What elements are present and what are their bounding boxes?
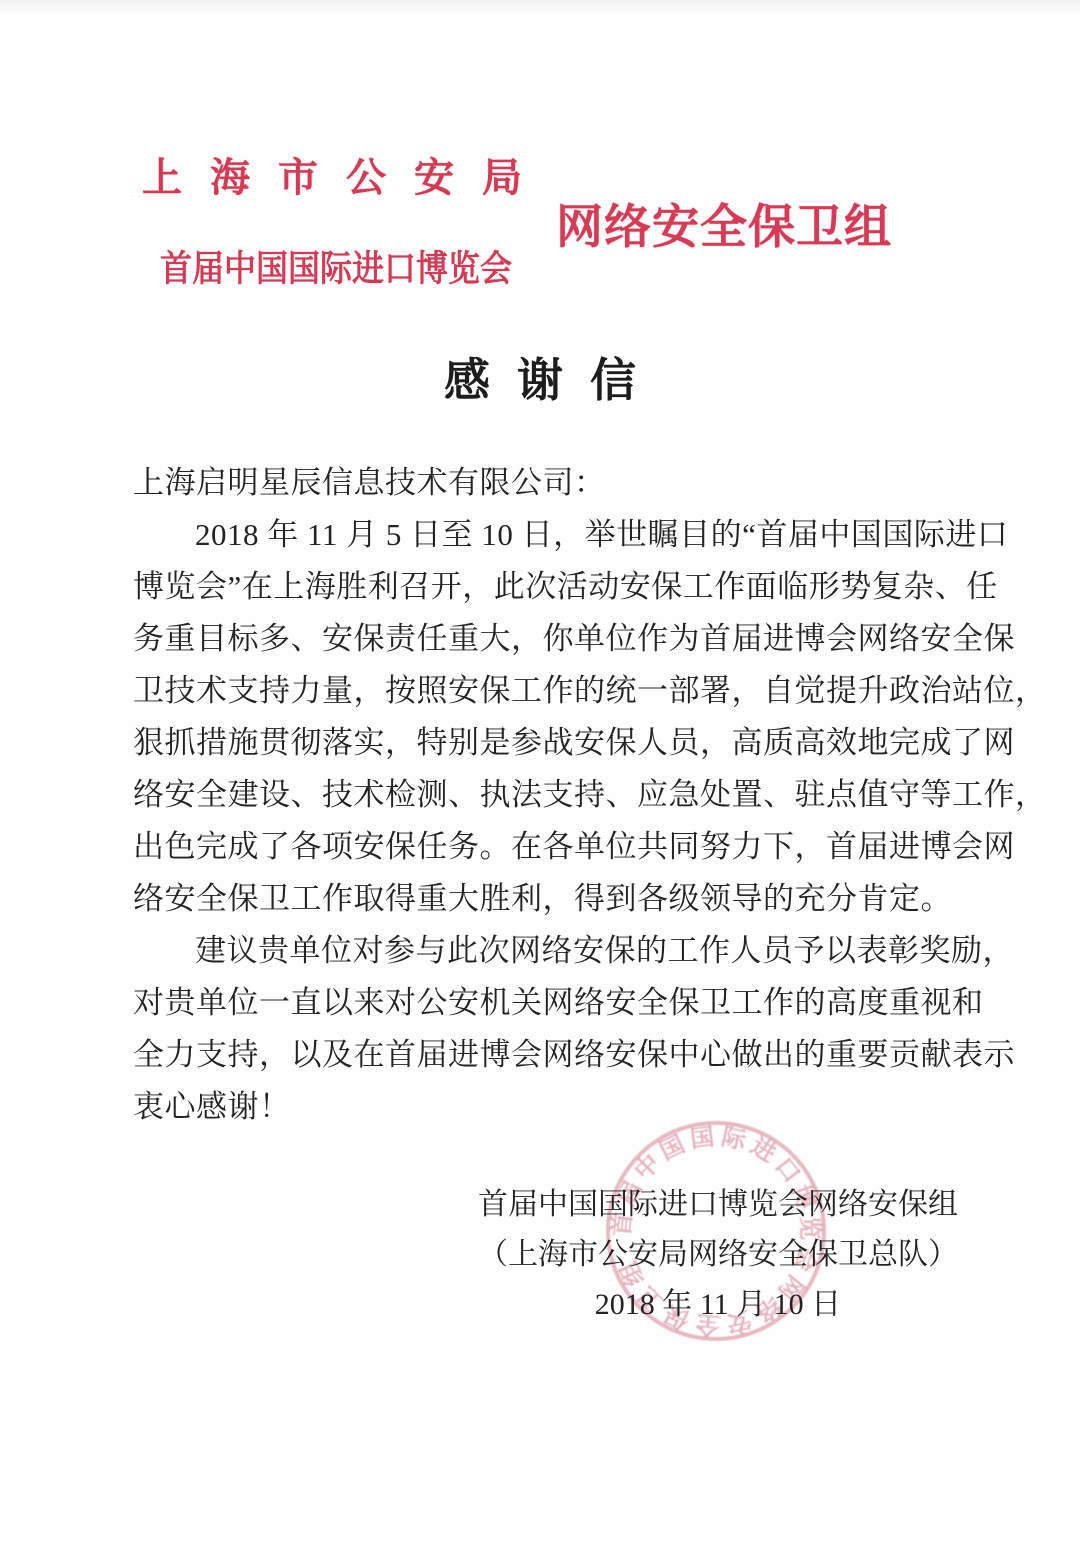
salutation: 上海启明星辰信息技术有限公司： — [133, 457, 993, 509]
signature-block: 首届中国国际进口博览会网络安保组 （上海市公安局网络安全保卫总队） 2018 年… — [398, 1180, 1038, 1330]
body-line: 务重目标多、安保责任重大，你单位作为首届进博会网络安全保 — [133, 613, 993, 665]
body-line: 博览会”在上海胜利召开，此次活动安保工作面临形势复杂、任 — [133, 561, 993, 613]
letter-page: 上海市公安局 网络安全保卫组 首届中国国际进口博览会 感谢信 上海启明星辰信息技… — [0, 0, 1080, 1541]
letter-body: 上海启明星辰信息技术有限公司： 2018 年 11 月 5 日至 10 日，举世… — [133, 457, 993, 1133]
body-line: 络安全保卫工作取得重大胜利，得到各级领导的充分肯定。 — [133, 873, 993, 925]
body-line: 卫技术支持力量，按照安保工作的统一部署，自觉提升政治站位， — [133, 665, 993, 717]
signature-org: 首届中国国际进口博览会网络安保组 — [398, 1180, 1038, 1230]
body-line: 全力支持，以及在首届进博会网络安保中心做出的重要贡献表示 — [133, 1029, 993, 1081]
letterhead-group: 网络安全保卫组 — [556, 190, 892, 257]
signature-unit: （上海市公安局网络安全保卫总队） — [398, 1230, 1038, 1280]
body-line: 2018 年 11 月 5 日至 10 日，举世瞩目的“首届中国国际进口 — [133, 509, 993, 561]
body-line: 出色完成了各项安保任务。在各单位共同努力下，首届进博会网 — [133, 821, 993, 873]
letterhead-event: 首届中国国际进口博览会 — [160, 240, 512, 292]
body-line: 衷心感谢！ — [133, 1081, 993, 1133]
signature-date: 2018 年 11 月 10 日 — [398, 1280, 1038, 1330]
body-line: 建议贵单位对参与此次网络安保的工作人员予以表彰奖励， — [133, 925, 993, 977]
letterhead-agency: 上海市公安局 — [142, 146, 550, 203]
body-line: 对贵单位一直以来对公安机关网络安全保卫工作的高度重视和 — [133, 977, 993, 1029]
body-line: 络安全建设、技术检测、执法支持、应急处置、驻点值守等工作， — [133, 769, 993, 821]
body-line: 狠抓措施贯彻落实，特别是参战安保人员，高质高效地完成了网 — [133, 717, 993, 769]
letter-title: 感谢信 — [0, 344, 1080, 410]
